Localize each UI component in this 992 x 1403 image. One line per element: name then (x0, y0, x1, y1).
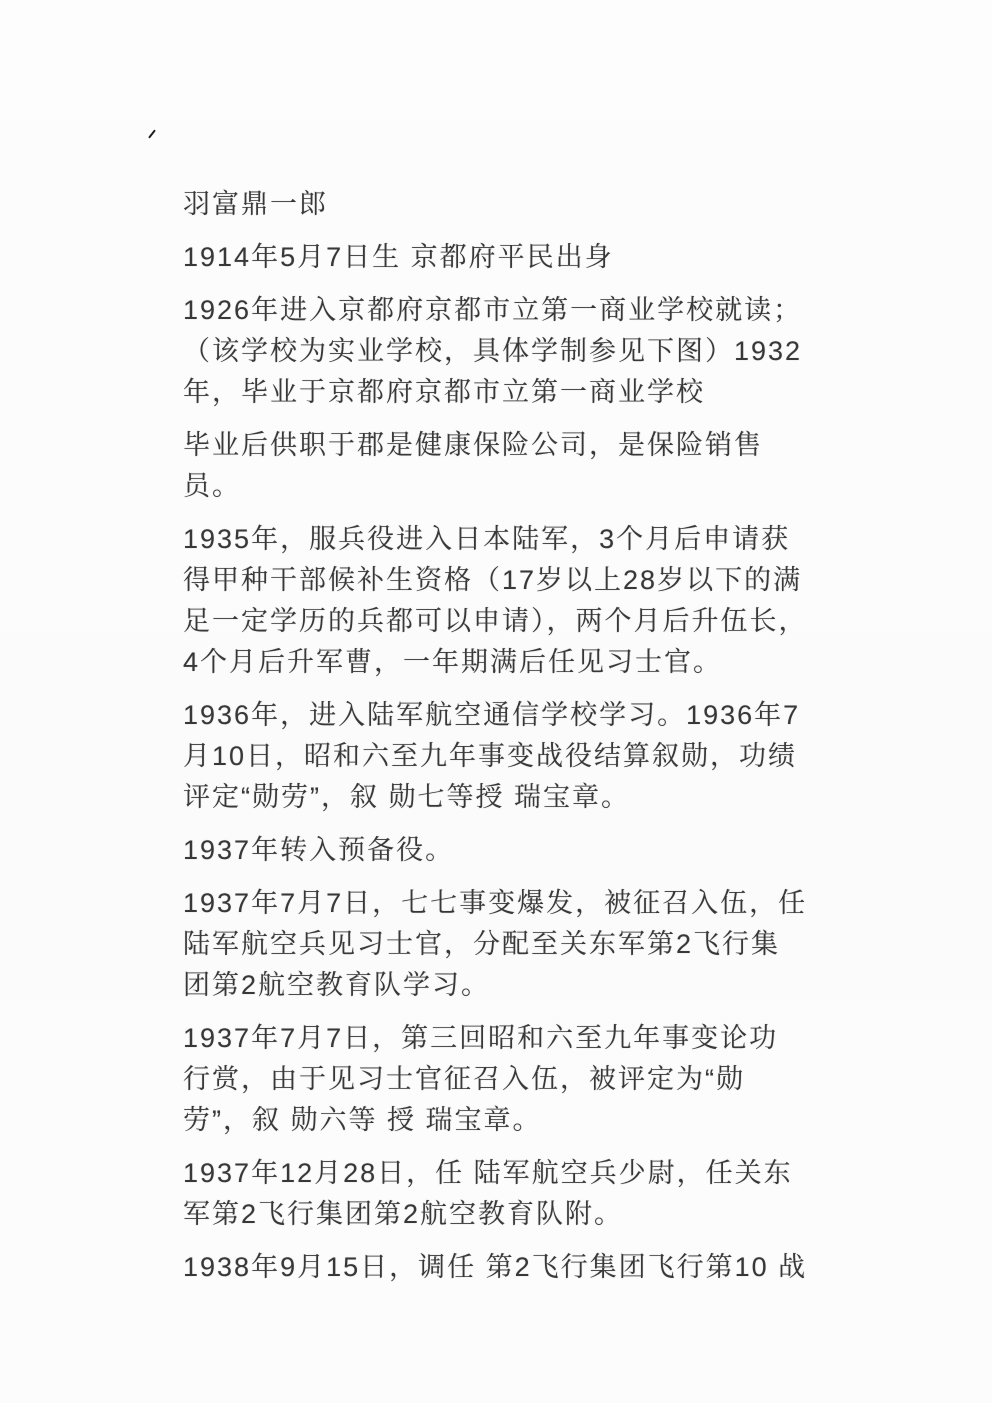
text-line: （该学校为实业学校，具体学制参见下图）1932 (183, 331, 883, 372)
text-line: 1937年12月28日，任 陆军航空兵少尉，任关东 (183, 1153, 883, 1194)
text-line: 1936年，进入陆军航空通信学校学习。1936年7 (183, 695, 883, 736)
paragraph-birth: 1914年5月7日生 京都府平民出身 (183, 237, 883, 278)
text-line: 团第2航空教育队学习。 (183, 965, 883, 1006)
text-line: 劳”，叙 勋六等 授 瑞宝章。 (183, 1100, 883, 1141)
scanned-document-page: 羽富鼎一郎 1914年5月7日生 京都府平民出身 1926年进入京都府京都市立第… (0, 0, 992, 1403)
paragraph-employment: 毕业后供职于郡是健康保险公司，是保险销售 员。 (183, 425, 883, 507)
text-line: 军第2飞行集团第2航空教育队附。 (183, 1194, 883, 1235)
text-line: 陆军航空兵见习士官，分配至关东军第2飞行集 (183, 924, 883, 965)
paragraph-1937-award: 1937年7月7日，第三回昭和六至九年事变论功 行赏，由于见习士官征召入伍，被评… (183, 1018, 883, 1141)
paragraph-1938-transfer: 1938年9月15日，调任 第2飞行集团飞行第10 战 (183, 1247, 883, 1288)
paragraph-1936-aviation-school: 1936年，进入陆军航空通信学校学习。1936年7 月10日，昭和六至九年事变战… (183, 695, 883, 818)
text-line: 1938年9月15日，调任 第2飞行集团飞行第10 战 (183, 1247, 883, 1288)
text-line: 员。 (183, 466, 883, 507)
paragraph-1937-incident-callup: 1937年7月7日，七七事变爆发，被征召入伍，任 陆军航空兵见习士官，分配至关东… (183, 883, 883, 1006)
text-line: 4个月后升军曹，一年期满后任见习士官。 (183, 642, 883, 683)
text-line: 毕业后供职于郡是健康保险公司，是保险销售 (183, 425, 883, 466)
text-line: 1937年7月7日，七七事变爆发，被征召入伍，任 (183, 883, 883, 924)
text-line: 年，毕业于京都府京都市立第一商业学校 (183, 372, 883, 413)
page-title: 羽富鼎一郎 (183, 184, 883, 225)
text-line: 行赏，由于见习士官征召入伍，被评定为“勋 (183, 1059, 883, 1100)
paragraph-name: 羽富鼎一郎 (183, 184, 883, 225)
text-line: 1926年进入京都府京都市立第一商业学校就读； (183, 290, 883, 331)
text-line: 1937年转入预备役。 (183, 830, 883, 871)
text-line: 1935年，服兵役进入日本陆军，3个月后申请获 (183, 519, 883, 560)
paragraph-education: 1926年进入京都府京都市立第一商业学校就读； （该学校为实业学校，具体学制参见… (183, 290, 883, 413)
text-line: 1914年5月7日生 京都府平民出身 (183, 237, 883, 278)
text-line: 得甲种干部候补生资格（17岁以上28岁以下的满 (183, 560, 883, 601)
text-line: 评定“勋劳”，叙 勋七等授 瑞宝章。 (183, 777, 883, 818)
paragraph-1935-military-service: 1935年，服兵役进入日本陆军，3个月后申请获 得甲种干部候补生资格（17岁以上… (183, 519, 883, 683)
text-line: 足一定学历的兵都可以申请），两个月后升伍长， (183, 601, 883, 642)
paragraph-1937-commission: 1937年12月28日，任 陆军航空兵少尉，任关东 军第2飞行集团第2航空教育队… (183, 1153, 883, 1235)
paragraph-1937-reserve: 1937年转入预备役。 (183, 830, 883, 871)
document-body: 羽富鼎一郎 1914年5月7日生 京都府平民出身 1926年进入京都府京都市立第… (183, 184, 883, 1300)
text-line: 月10日，昭和六至九年事变战役结算叙勋，功绩 (183, 736, 883, 777)
text-line: 1937年7月7日，第三回昭和六至九年事变论功 (183, 1018, 883, 1059)
stray-ink-mark (148, 129, 156, 138)
